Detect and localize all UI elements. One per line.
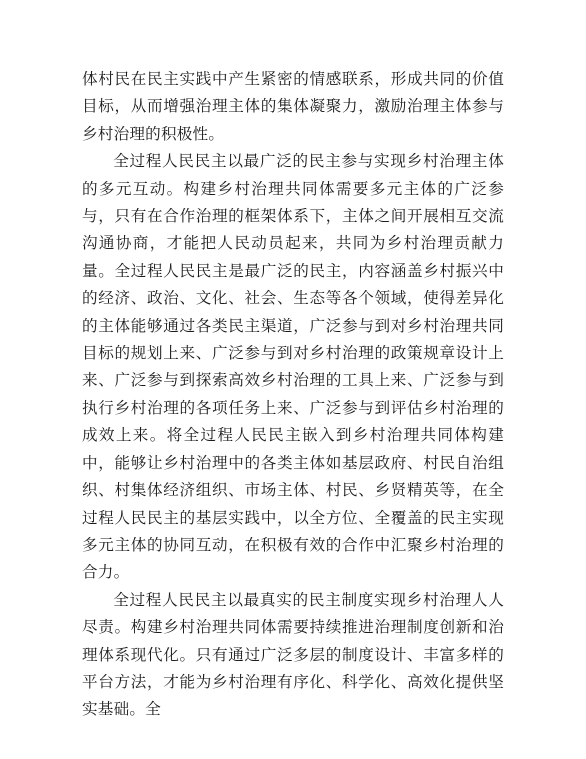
document-page: 体村民在民主实践中产生紧密的情感联系，形成共同的价值目标，从而增强治理主体的集体…	[0, 0, 586, 759]
paragraph-democratic-institutions: 全过程人民民主以最真实的民主制度实现乡村治理人人尽责。构建乡村治理共同体需要持续…	[82, 587, 504, 724]
paragraph-continuation: 体村民在民主实践中产生紧密的情感联系，形成共同的价值目标，从而增强治理主体的集体…	[82, 66, 504, 148]
text-block: 体村民在民主实践中产生紧密的情感联系，形成共同的价值目标，从而增强治理主体的集体…	[82, 66, 504, 724]
paragraph-broad-participation: 全过程人民民主以最广泛的民主参与实现乡村治理主体的多元互动。构建乡村治理共同体需…	[82, 148, 504, 587]
